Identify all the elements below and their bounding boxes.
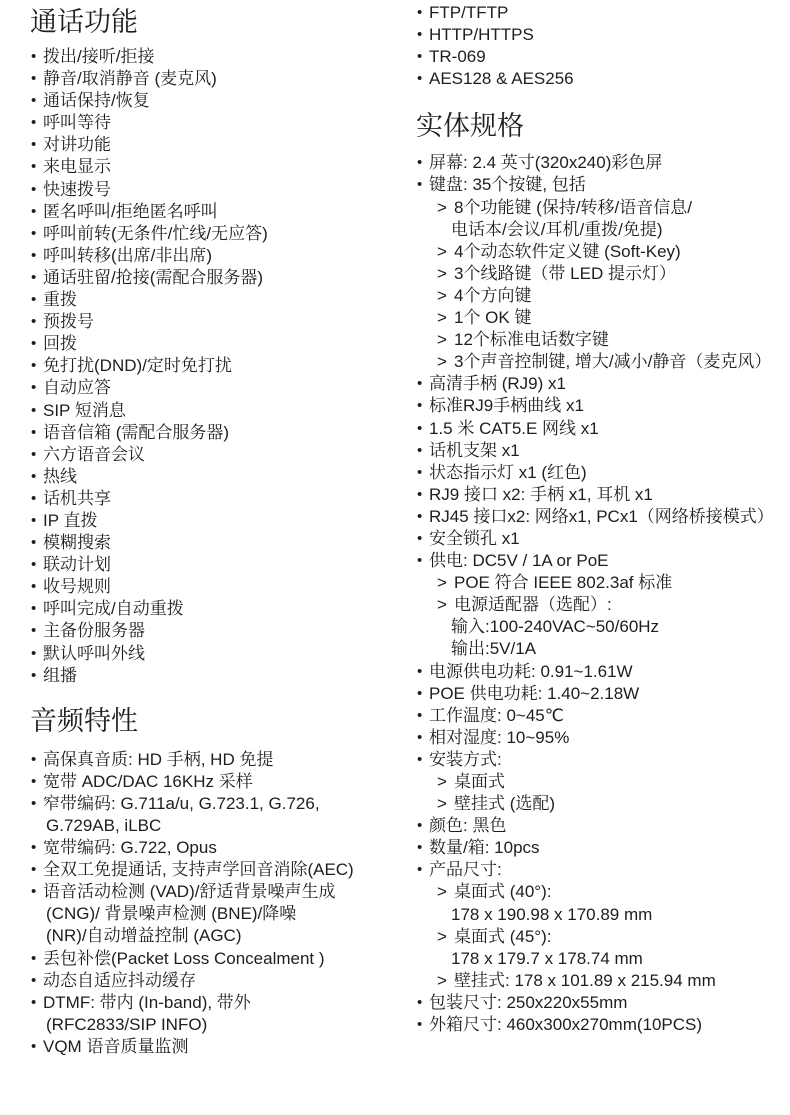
list-item: POE 供电功耗: 1.40~2.18W bbox=[416, 683, 788, 705]
list-item: (NR)/自动增益控制 (AGC) bbox=[30, 925, 408, 947]
list-item: 4个方向键 bbox=[416, 285, 788, 307]
list-item: 桌面式 (40°): bbox=[416, 881, 788, 903]
list-item: 呼叫转移(出席/非出席) bbox=[30, 245, 408, 267]
list-item: 3个线路键（带 LED 提示灯） bbox=[416, 263, 788, 285]
list-item: RJ45 接口x2: 网络x1, PCx1（网络桥接模式） bbox=[416, 506, 788, 528]
list-item: 电源供电功耗: 0.91~1.61W bbox=[416, 661, 788, 683]
list-item: 电源适配器（选配）: bbox=[416, 594, 788, 616]
list-item: 178 x 179.7 x 178.74 mm bbox=[416, 948, 788, 970]
list-item: 颜色: 黑色 bbox=[416, 815, 788, 837]
list-item: 通话驻留/抢接(需配合服务器) bbox=[30, 267, 408, 289]
list-item: 语音活动检测 (VAD)/舒适背景噪声生成 bbox=[30, 881, 408, 903]
list-item: 外箱尺寸: 460x300x270mm(10PCS) bbox=[416, 1014, 788, 1036]
list-item: 对讲功能 bbox=[30, 134, 408, 156]
list-item: AES128 & AES256 bbox=[416, 68, 788, 90]
list-item: 壁挂式: 178 x 101.89 x 215.94 mm bbox=[416, 970, 788, 992]
list-item: 产品尺寸: bbox=[416, 859, 788, 881]
list-item: (CNG)/ 背景噪声检测 (BNE)/降噪 bbox=[30, 903, 408, 925]
section-title: 通话功能 bbox=[30, 4, 408, 40]
list-item: IP 直拨 bbox=[30, 510, 408, 532]
list-item: 回拨 bbox=[30, 333, 408, 355]
list-item: 178 x 190.98 x 170.89 mm bbox=[416, 904, 788, 926]
list-item: 相对湿度: 10~95% bbox=[416, 727, 788, 749]
list-item: 全双工免提通话, 支持声学回音消除(AEC) bbox=[30, 859, 408, 881]
list-item: 丢包补偿(Packet Loss Concealment ) bbox=[30, 948, 408, 970]
list-item: 呼叫等待 bbox=[30, 112, 408, 134]
list-item: 输出:5V/1A bbox=[416, 638, 788, 660]
list-item: 重拨 bbox=[30, 289, 408, 311]
list-item: 呼叫完成/自动重拨 bbox=[30, 598, 408, 620]
list-item: SIP 短消息 bbox=[30, 400, 408, 422]
list-item: 主备份服务器 bbox=[30, 620, 408, 642]
list-item: (RFC2833/SIP INFO) bbox=[30, 1014, 408, 1036]
list-item: 宽带编码: G.722, Opus bbox=[30, 837, 408, 859]
list-item: 安全锁孔 x1 bbox=[416, 528, 788, 550]
list-item: 组播 bbox=[30, 665, 408, 687]
list-item: FTP/TFTP bbox=[416, 2, 788, 24]
list-item: 联动计划 bbox=[30, 554, 408, 576]
list-item: 收号规则 bbox=[30, 576, 408, 598]
list-item: 屏幕: 2.4 英寸(320x240)彩色屏 bbox=[416, 152, 788, 174]
list-item: 呼叫前转(无条件/忙线/无应答) bbox=[30, 223, 408, 245]
spec-list: 拨出/接听/拒接静音/取消静音 (麦克风)通话保持/恢复呼叫等待对讲功能来电显示… bbox=[30, 46, 408, 687]
list-item: 输入:100-240VAC~50/60Hz bbox=[416, 616, 788, 638]
list-item: 动态自适应抖动缓存 bbox=[30, 970, 408, 992]
list-item: 静音/取消静音 (麦克风) bbox=[30, 68, 408, 90]
list-item: 拨出/接听/拒接 bbox=[30, 46, 408, 68]
list-item: 模糊搜索 bbox=[30, 532, 408, 554]
section-title: 音频特性 bbox=[30, 703, 408, 739]
list-item: 壁挂式 (选配) bbox=[416, 793, 788, 815]
list-item: 键盘: 35个按键, 包括 bbox=[416, 174, 788, 196]
spec-sheet-page: { "colors": { "background": "#ffffff", "… bbox=[0, 0, 790, 1115]
list-item: 热线 bbox=[30, 466, 408, 488]
list-item: RJ9 接口 x2: 手柄 x1, 耳机 x1 bbox=[416, 484, 788, 506]
list-item: 话机支架 x1 bbox=[416, 440, 788, 462]
list-item: VQM 语音质量监测 bbox=[30, 1036, 408, 1058]
list-item: DTMF: 带内 (In-band), 带外 bbox=[30, 992, 408, 1014]
list-item: 自动应答 bbox=[30, 377, 408, 399]
list-item: 1.5 米 CAT5.E 网线 x1 bbox=[416, 418, 788, 440]
list-item: POE 符合 IEEE 802.3af 标准 bbox=[416, 572, 788, 594]
list-item: 包装尺寸: 250x220x55mm bbox=[416, 992, 788, 1014]
list-item: 匿名呼叫/拒绝匿名呼叫 bbox=[30, 201, 408, 223]
list-item: 预拨号 bbox=[30, 311, 408, 333]
list-item: 来电显示 bbox=[30, 156, 408, 178]
column-call-audio-features: 通话功能拨出/接听/拒接静音/取消静音 (麦克风)通话保持/恢复呼叫等待对讲功能… bbox=[30, 0, 408, 1058]
list-item: 宽带 ADC/DAC 16KHz 采样 bbox=[30, 771, 408, 793]
spec-list: FTP/TFTPHTTP/HTTPSTR-069AES128 & AES256 bbox=[416, 2, 788, 90]
list-item: 电话本/会议/耳机/重拨/免提) bbox=[416, 219, 788, 241]
list-item: 默认呼叫外线 bbox=[30, 643, 408, 665]
list-item: 8个功能键 (保持/转移/语音信息/ bbox=[416, 197, 788, 219]
list-item: 标准RJ9手柄曲线 x1 bbox=[416, 395, 788, 417]
list-item: 窄带编码: G.711a/u, G.723.1, G.726, bbox=[30, 793, 408, 815]
list-item: 免打扰(DND)/定时免打扰 bbox=[30, 355, 408, 377]
list-item: 供电: DC5V / 1A or PoE bbox=[416, 550, 788, 572]
list-item: 话机共享 bbox=[30, 488, 408, 510]
list-item: 桌面式 bbox=[416, 771, 788, 793]
list-item: 通话保持/恢复 bbox=[30, 90, 408, 112]
list-item: 快速拨号 bbox=[30, 179, 408, 201]
list-item: 桌面式 (45°): bbox=[416, 926, 788, 948]
list-item: 3个声音控制键, 增大/减小/静音（麦克风） bbox=[416, 351, 788, 373]
spec-list: 屏幕: 2.4 英寸(320x240)彩色屏键盘: 35个按键, 包括8个功能键… bbox=[416, 152, 788, 1036]
list-item: 高保真音质: HD 手柄, HD 免提 bbox=[30, 749, 408, 771]
list-item: HTTP/HTTPS bbox=[416, 24, 788, 46]
list-item: 语音信箱 (需配合服务器) bbox=[30, 422, 408, 444]
list-item: 安装方式: bbox=[416, 749, 788, 771]
list-item: 高清手柄 (RJ9) x1 bbox=[416, 373, 788, 395]
list-item: 12个标准电话数字键 bbox=[416, 329, 788, 351]
list-item: 数量/箱: 10pcs bbox=[416, 837, 788, 859]
list-item: 工作温度: 0~45℃ bbox=[416, 705, 788, 727]
list-item: 1个 OK 键 bbox=[416, 307, 788, 329]
column-physical-specs: FTP/TFTPHTTP/HTTPSTR-069AES128 & AES256实… bbox=[416, 0, 788, 1036]
list-item: 六方语音会议 bbox=[30, 444, 408, 466]
spec-list: 高保真音质: HD 手柄, HD 免提宽带 ADC/DAC 16KHz 采样窄带… bbox=[30, 749, 408, 1058]
list-item: TR-069 bbox=[416, 46, 788, 68]
list-item: 状态指示灯 x1 (红色) bbox=[416, 462, 788, 484]
section-title: 实体规格 bbox=[416, 108, 788, 144]
list-item: G.729AB, iLBC bbox=[30, 815, 408, 837]
list-item: 4个动态软件定义键 (Soft-Key) bbox=[416, 241, 788, 263]
